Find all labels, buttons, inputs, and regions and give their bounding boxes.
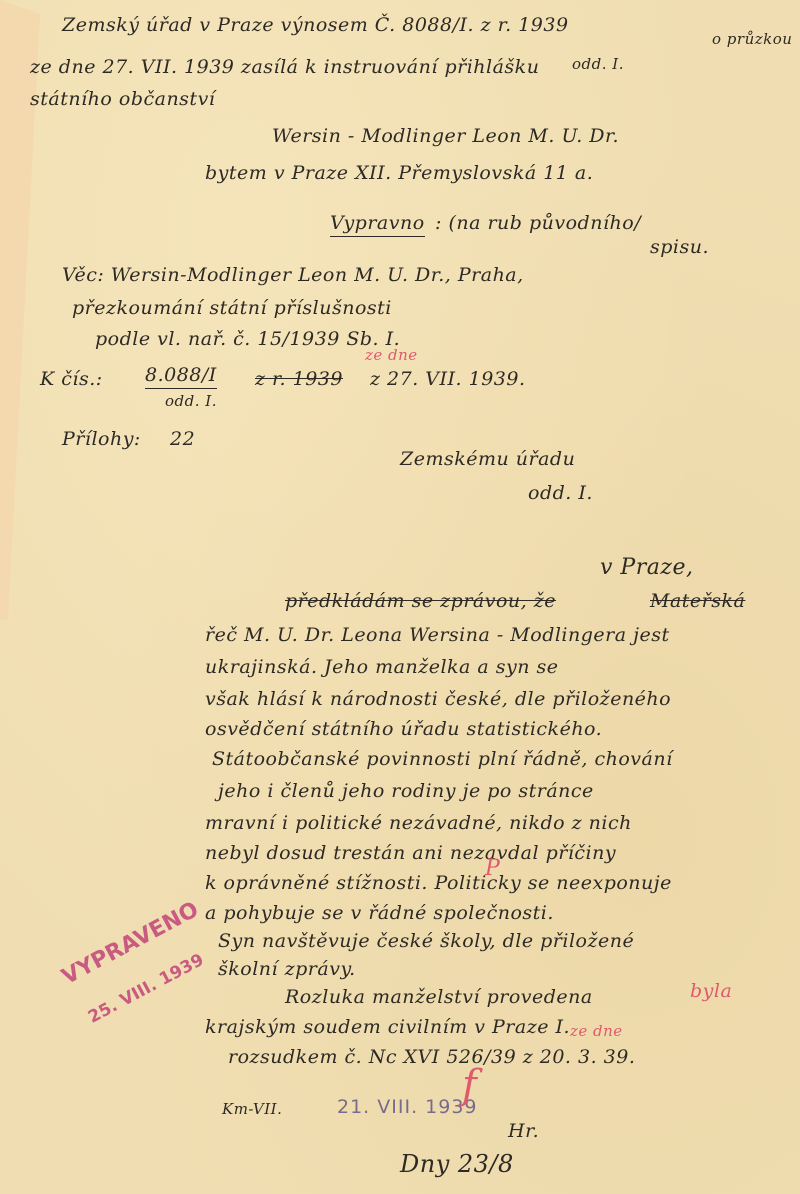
matter-line-3: podle vl. nař. č. 15/1939 Sb. I. bbox=[95, 328, 400, 350]
body-line: jeho i členů jeho rodiny je po stránce bbox=[218, 780, 594, 802]
body-line: osvědčení státního úřadu statistického. bbox=[205, 718, 602, 740]
addressee-line-3: v Praze, bbox=[600, 555, 693, 580]
body-line: Státoobčanské povinnosti plní řádně, cho… bbox=[212, 748, 673, 770]
body-red-insert: byla bbox=[690, 980, 732, 1002]
body-line: Syn navštěvuje české školy, dle přiložen… bbox=[218, 930, 634, 952]
header-line-3: státního občanství bbox=[30, 88, 215, 110]
body-red-insert-2: ze dne bbox=[570, 1022, 623, 1040]
body-struck-word: Mateřská bbox=[650, 590, 745, 612]
office-mark: Km-VII. bbox=[222, 1100, 282, 1118]
body-struck-line: předkládám se zprávou, že bbox=[285, 590, 556, 612]
body-line: a pohybuje se v řádné společnosti. bbox=[205, 902, 554, 924]
dispatched-note: : (na rub původního/ bbox=[435, 212, 641, 234]
reference-number: 8.088/I bbox=[145, 364, 217, 389]
body-line: řeč M. U. Dr. Leona Wersina - Modlingera… bbox=[205, 624, 670, 646]
attachments-count: 22 bbox=[170, 428, 195, 450]
body-line: nebyl dosud trestán ani nezavdal příčiny bbox=[205, 842, 616, 864]
header-line-2: ze dne 27. VII. 1939 zasílá k instruován… bbox=[30, 56, 539, 78]
header-margin-note: o průzkou bbox=[712, 30, 792, 48]
body-line: krajským soudem civilním v Praze I. bbox=[205, 1016, 570, 1038]
body-line: však hlásí k národnosti české, dle přilo… bbox=[205, 688, 671, 710]
reference-dept: odd. I. bbox=[165, 392, 217, 410]
body-red-mark: P bbox=[485, 856, 500, 881]
signature: Dny 23/8 bbox=[400, 1150, 514, 1178]
matter-line-1: Věc: Wersin-Modlinger Leon M. U. Dr., Pr… bbox=[62, 264, 524, 286]
reference-correction: ze dne bbox=[365, 346, 418, 364]
body-line: školní zprávy. bbox=[218, 958, 356, 980]
body-line: k oprávněné stížnosti. Politicky se neex… bbox=[205, 872, 672, 894]
body-line: mravní i politické nezávadné, nikdo z ni… bbox=[205, 812, 632, 834]
dispatched-label: Vypravno bbox=[330, 212, 425, 237]
body-line: ukrajinská. Jeho manželka a syn se bbox=[205, 656, 559, 678]
header-dept: odd. I. bbox=[572, 55, 624, 73]
body-line: rozsudkem č. Nc XVI 526/39 z 20. 3. 39. bbox=[228, 1046, 635, 1068]
person-name: Wersin - Modlinger Leon M. U. Dr. bbox=[272, 125, 619, 147]
attachments-label: Přílohy: bbox=[62, 428, 141, 450]
initials: Hr. bbox=[508, 1120, 539, 1142]
addressee-line-1: Zemskému úřadu bbox=[400, 448, 575, 470]
header-line-1: Zemský úřad v Praze výnosem Č. 8088/I. z… bbox=[62, 14, 569, 36]
reference-date: z 27. VII. 1939. bbox=[370, 368, 526, 390]
date-stamp: 21. VIII. 1939 bbox=[337, 1096, 478, 1118]
body-line: Rozluka manželství provedena bbox=[285, 986, 593, 1008]
reference-struck-year: z r. 1939 bbox=[255, 368, 343, 390]
dispatched-note-2: spisu. bbox=[650, 236, 709, 258]
addressee-line-2: odd. I. bbox=[528, 482, 593, 504]
reference-label: K čís.: bbox=[40, 368, 103, 390]
red-initial: f bbox=[462, 1062, 477, 1108]
matter-line-2: přezkoumání státní příslušnosti bbox=[72, 297, 392, 319]
person-address: bytem v Praze XII. Přemyslovská 11 a. bbox=[205, 162, 593, 184]
